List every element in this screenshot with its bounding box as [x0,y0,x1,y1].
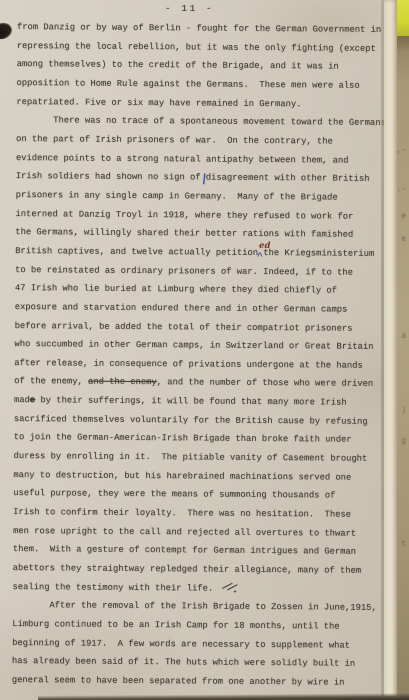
text-line: abettors they straightway repledged thei… [13,559,393,581]
bottom-scan-edge [38,693,409,700]
text-segment: before arrival, be added the total of th… [15,320,353,333]
text-segment: of the enemy, [14,376,88,387]
text-segment: disagreement with other British [200,173,369,184]
text-line: opposition to Home Rule against the Germ… [16,74,396,96]
text-segment: who succumbed in other German camps, in … [14,339,373,352]
text-segment: general seem to have been separated from… [12,675,345,688]
text-segment: sealing the testimony with their life. [12,582,213,594]
text-segment: from Danzig or by way of Berlin - fought… [17,22,381,35]
text-line: exposure and starvation endured there an… [15,298,395,320]
page-edge-highlight [384,0,397,700]
text-segment: men rose upright to the call and rejecte… [13,526,356,539]
text-segment: useful purpose, they were the means of s… [13,488,335,501]
text-segment: Irish to confirm their loyalty. There wa… [13,507,351,520]
struck-text: and the enemy [88,377,157,388]
text-line: prisoners in any single camp in Germany.… [16,186,396,208]
text-segment: repressing the local rebellion, but it w… [17,41,376,54]
text-segment: many to destruction, but his harebrained… [13,470,351,483]
text-segment: them. With a gesture of contempt for Ger… [13,544,356,557]
page-number: - 11 - [0,3,379,14]
text-segment: has already been said of it. The huts wh… [12,656,355,669]
text-line: British captives, and twelve actually pe… [15,242,395,264]
text-segment: After the removal of the Irish Brigade t… [49,601,376,614]
text-segment: Limburg continued to be an Irish Camp fo… [12,619,339,632]
text-segment: British captives, and twelve actually pe… [15,246,258,258]
text-segment: after release, in consequence of privati… [14,358,362,371]
text-segment: exposure and starvation endured there an… [15,302,348,315]
text-segment: to join the German-American-Irish Brigad… [14,432,352,445]
text-segment: by their sufferings, it will be found th… [35,395,347,407]
text-line: on the part of Irish prisoners of war. O… [16,130,396,152]
text-segment: beginning of 1917. A few words are neces… [12,638,350,651]
handwritten-tick: //. [218,578,242,599]
yellow-edge-tab [397,0,409,36]
edge-smudge [397,36,409,52]
text-segment: 47 Irish who lie buried at Limburg where… [15,283,337,296]
text-segment: among themselves) to the credit of the B… [17,59,339,72]
text-segment: abettors they straightway repledged thei… [13,563,361,576]
text-line: general seem to have been separated from… [12,671,392,693]
text-segment: the Kriegsministerium [258,248,374,259]
text-segment: the Germans, willingly shared their bett… [15,227,353,240]
text-segment: prisoners in any single camp in Germany.… [16,190,338,203]
text-line: from Danzig or by way of Berlin - fought… [17,18,397,40]
text-segment: There was no trace of a spontaneous move… [53,116,386,129]
text-segment: interned at Danzig Troyl in 1918, where … [15,209,353,222]
text-segment: repatriated. Five or six may have remain… [16,97,301,109]
text-line: Limburg continued to be an Irish Camp fo… [12,615,392,637]
ink-blot [0,20,14,41]
text-segment: evidence points to a strong natural anti… [16,153,349,166]
page-edge-backing [397,0,409,700]
text-segment: , and the number of those who were drive… [157,378,374,390]
text-segment: sacrificed themselves voluntarily for th… [14,414,368,427]
text-block: from Danzig or by way of Berlin - fought… [12,18,397,693]
document-page: - 11 - from Danzig or by way of Berlin -… [0,0,409,700]
text-segment: to be reinstated as ordinary prisoners o… [15,265,353,278]
text-segment: mad [14,395,30,405]
text-segment: opposition to Home Rule against the Germ… [16,78,359,91]
text-segment: Irish soldiers had shown no sign of [16,171,201,182]
text-segment: on the part of Irish prisoners of war. O… [16,134,333,146]
text-segment: duress by enrolling in it. The pitiable … [14,451,368,464]
